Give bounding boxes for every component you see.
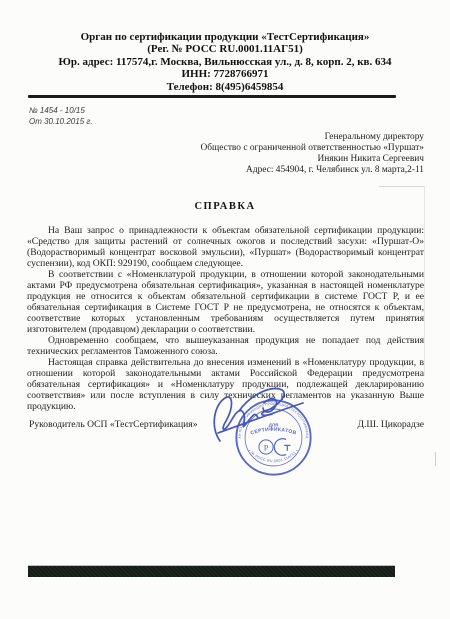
- letterhead-reg-number: (Рег. № РОСС RU.0001.11АГ51): [0, 43, 450, 55]
- addressee-address: Адрес: 454904, г. Челябинск ул. 8 марта,…: [201, 165, 424, 176]
- signatory-role: Руководитель ОСП «ТестСертификация»: [29, 419, 198, 430]
- letterhead-divider-rule: [28, 95, 396, 98]
- reference-block: № 1454 - 10/15 От 30.10.2015 г.: [29, 106, 93, 127]
- addressee-person: Инякин Никита Сергеевич: [201, 154, 424, 165]
- addressee-block: Генеральному директору Общество с ограни…: [201, 132, 424, 176]
- addressee-company: Общество с ограниченной ответственностью…: [201, 143, 424, 154]
- paragraph: В соответствии с «Номенклатурой продукци…: [27, 269, 424, 335]
- scanned-letter-page: Орган по сертификации продукции «ТестСер…: [0, 0, 450, 619]
- paragraph: На Ваш запрос о принадлежности к объекта…: [27, 225, 424, 269]
- paragraph: Одновременно сообщаем, что вышеуказанная…: [27, 335, 424, 357]
- letterhead-phone: Телефон: 8(495)6459854: [0, 81, 450, 93]
- letterhead-inn: ИНН: 7728766971: [0, 68, 450, 80]
- scan-artifact-line: [435, 452, 436, 466]
- reference-date: От 30.10.2015 г.: [29, 117, 93, 128]
- document-title: СПРАВКА: [0, 201, 450, 212]
- letterhead: Орган по сертификации продукции «ТестСер…: [0, 31, 450, 93]
- letterhead-org-name: Орган по сертификации продукции «ТестСер…: [0, 31, 450, 43]
- stamp-ring-text-bottom: • № РОСС RU.0001.11АГ51 •: [248, 448, 300, 463]
- handwritten-signature-icon: [206, 381, 306, 449]
- svg-text:• № РОСС RU.0001.11АГ51 •: • № РОСС RU.0001.11АГ51 •: [248, 448, 300, 463]
- footer-dark-bar: [28, 566, 395, 577]
- scan-artifact-line: [379, 186, 424, 187]
- letterhead-address: Юр. адрес: 117574,г. Москва, Вильнюсская…: [0, 56, 450, 68]
- signatory-name: Д.Ш. Цикорадзе: [357, 419, 424, 430]
- addressee-position: Генеральному директору: [201, 132, 424, 143]
- scan-artifact-line: [424, 186, 425, 376]
- reference-number: № 1454 - 10/15: [29, 106, 93, 117]
